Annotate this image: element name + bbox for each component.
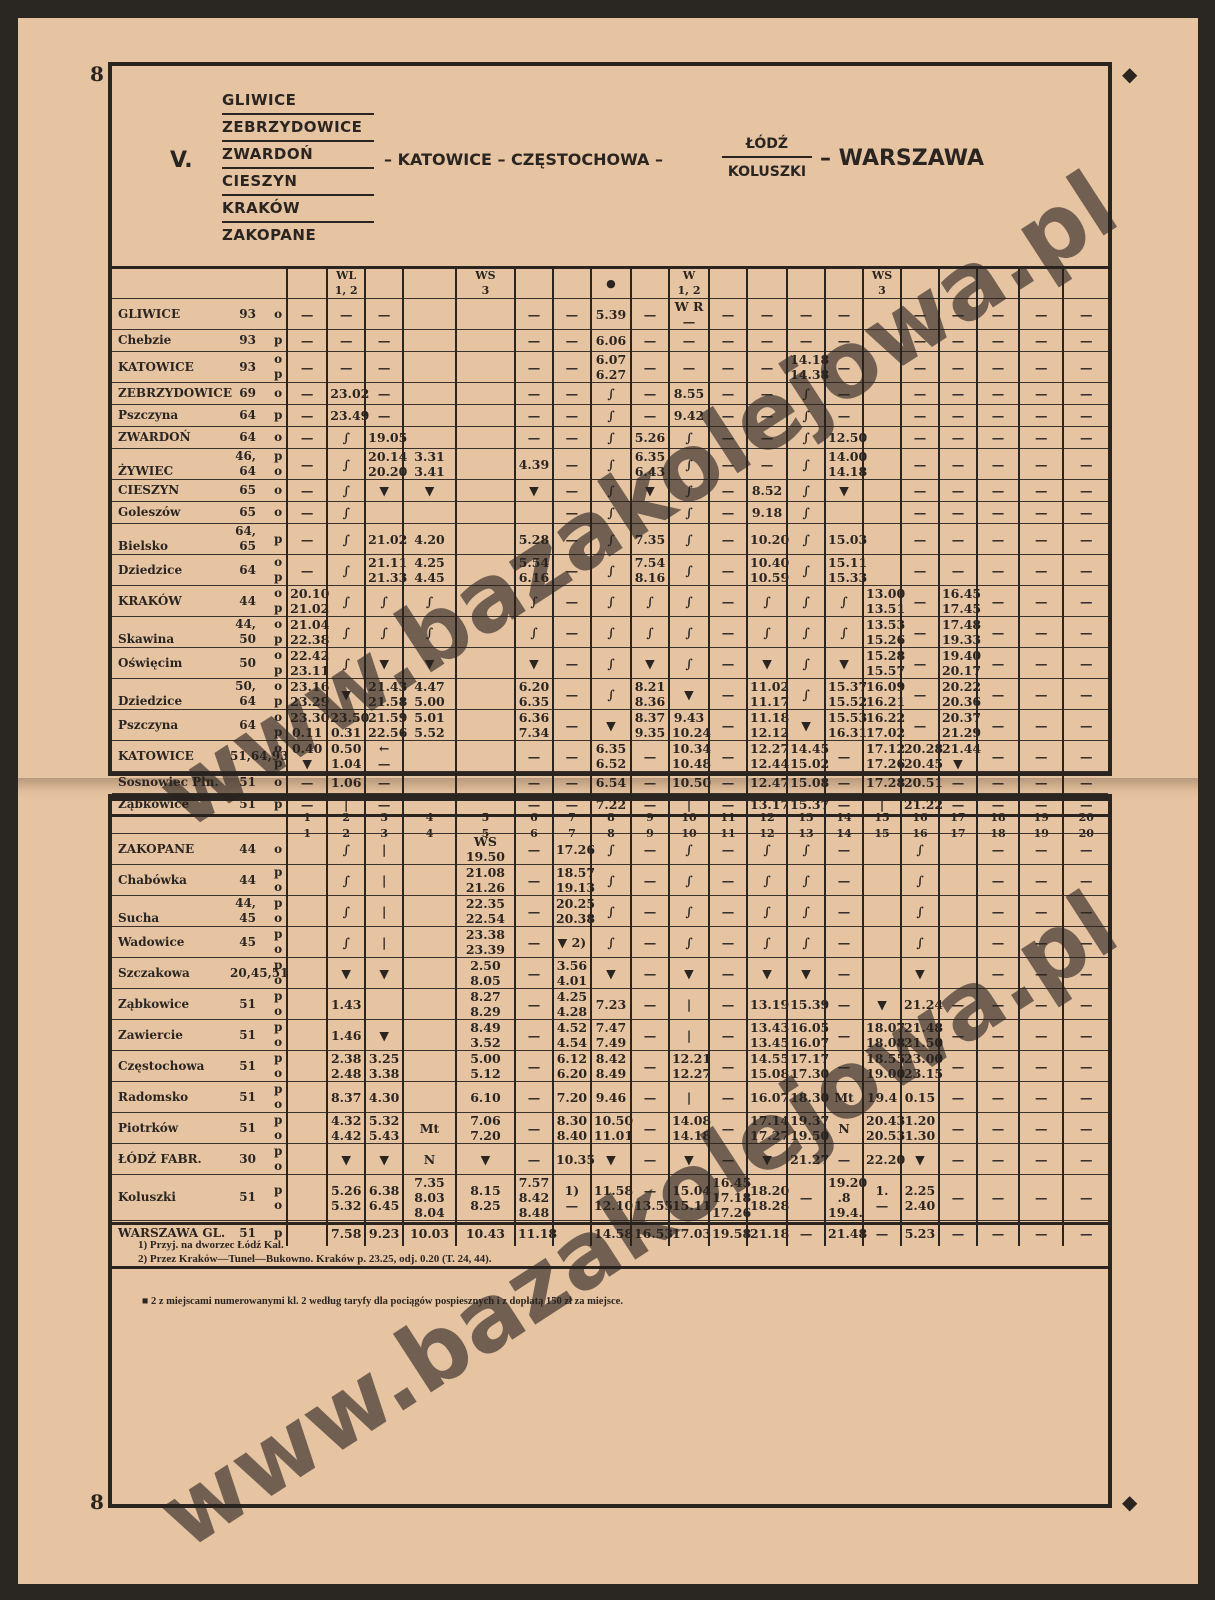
time-cell: 17.48 19.33 xyxy=(939,617,977,648)
time-cell: 12.50 xyxy=(825,427,863,449)
time-cell: | xyxy=(669,1020,709,1051)
time-cell: ∫ xyxy=(403,617,456,648)
time-cell: ∫ xyxy=(365,586,403,617)
column-number: 13 xyxy=(787,800,825,834)
time-cell: ▼ xyxy=(403,648,456,679)
time-cell: — xyxy=(901,502,939,524)
time-cell: 2.38 2.48 xyxy=(327,1051,365,1082)
table-reference: 51 xyxy=(230,1090,256,1105)
time-cell: — xyxy=(1019,834,1063,865)
time-cell: 21.48 21.50 xyxy=(901,1020,939,1051)
column-number: 3 xyxy=(365,800,403,834)
time-cell: — xyxy=(515,1082,553,1113)
time-cell: 18.55 19.00 xyxy=(863,1051,901,1082)
time-cell: 3.25 3.38 xyxy=(365,1051,403,1082)
station-name: Dziedzice xyxy=(118,694,230,709)
time-cell: 23.50 0.31 xyxy=(327,710,365,741)
time-cell: — xyxy=(901,648,939,679)
train-code xyxy=(787,268,825,299)
time-cell: — xyxy=(553,741,591,772)
time-cell: ∫ xyxy=(327,834,365,865)
time-cell: 21.27 xyxy=(787,1144,825,1175)
time-cell: — xyxy=(901,330,939,352)
timetable-header: V. GLIWICE ZEBRZYDOWICE ZWARDOŃ CIESZYN … xyxy=(114,64,1112,270)
station-row: Częstochowa51p o2.38 2.483.25 3.385.00 5… xyxy=(112,1051,1108,1082)
station-row: Pszczyna64p—23.49———∫—9.42——∫—————— xyxy=(112,405,1108,427)
time-cell: — xyxy=(709,927,747,958)
time-cell: ∫ xyxy=(631,617,669,648)
time-cell: — xyxy=(747,383,787,405)
time-cell: ∫ xyxy=(591,679,631,710)
station-row: Chebzie93p—————6.06——————————— xyxy=(112,330,1108,352)
table-reference: 93 xyxy=(230,360,256,375)
time-cell: ∫ xyxy=(787,896,825,927)
table-reference: 64 xyxy=(230,408,256,423)
time-cell: — xyxy=(1019,617,1063,648)
time-cell: 11.18 12.12 xyxy=(747,710,787,741)
time-cell: — xyxy=(901,352,939,383)
station-name: Pszczyna xyxy=(118,408,230,423)
time-cell: ∫ xyxy=(515,586,553,617)
time-cell: — xyxy=(977,427,1019,449)
train-code xyxy=(1063,268,1108,299)
time-cell: — xyxy=(977,772,1019,794)
station-row: KRAKÓW44o p20.10 21.02∫∫∫∫—∫∫∫—∫∫∫13.00 … xyxy=(112,586,1108,617)
time-cell: ▼ xyxy=(591,710,631,741)
time-cell: Mt xyxy=(825,1082,863,1113)
time-cell: — xyxy=(977,383,1019,405)
time-cell: — xyxy=(939,383,977,405)
table-reference: 51 xyxy=(230,1121,256,1136)
time-cell: — xyxy=(709,352,747,383)
table-reference: 30 xyxy=(230,1152,256,1167)
time-cell: — xyxy=(709,1113,747,1144)
arrival-departure-marker: p o xyxy=(270,1113,287,1144)
time-cell: — xyxy=(1019,449,1063,480)
station-cell: Pszczyna64 xyxy=(112,710,270,741)
time-cell xyxy=(403,772,456,794)
time-cell xyxy=(403,330,456,352)
time-cell: — xyxy=(1019,648,1063,679)
time-cell: ▼ xyxy=(591,958,631,989)
time-cell: — xyxy=(1063,679,1108,710)
time-cell: — xyxy=(1019,1020,1063,1051)
time-cell: — xyxy=(977,1144,1019,1175)
time-cell: 14.45 15.02 xyxy=(787,741,825,772)
table-reference: 45 xyxy=(230,935,256,950)
time-cell: — xyxy=(287,502,327,524)
station-cell: Koluszki51 xyxy=(112,1175,270,1221)
time-cell: — xyxy=(747,299,787,330)
time-cell: 9.43 10.24 xyxy=(669,710,709,741)
table-reference: 44, 50 xyxy=(230,617,256,647)
time-cell: — xyxy=(515,834,553,865)
time-cell: — xyxy=(631,741,669,772)
time-cell: ▼ xyxy=(747,958,787,989)
time-cell: 4.47 5.00 xyxy=(403,679,456,710)
time-cell: ▼ xyxy=(863,989,901,1020)
time-cell: — xyxy=(1063,865,1108,896)
time-cell: 4.32 4.42 xyxy=(327,1113,365,1144)
station-row: Skawina44, 50o p21.04 22.38∫∫∫∫—∫∫∫—∫∫∫1… xyxy=(112,617,1108,648)
origin-station: ZWARDOŃ xyxy=(222,142,374,169)
station-row: Dziedzice64o p—∫21.11 21.334.25 4.455.54… xyxy=(112,555,1108,586)
time-cell: ▼ xyxy=(747,1144,787,1175)
time-cell: — xyxy=(1063,989,1108,1020)
station-row: Wadowice45p o∫|23.38 23.39—▼ 2)∫—∫—∫∫—∫—… xyxy=(112,927,1108,958)
table-reference: 44, 45 xyxy=(230,896,256,926)
time-cell: ∫ xyxy=(327,865,365,896)
time-cell: — xyxy=(1063,449,1108,480)
station-name: Szczakowa xyxy=(118,966,230,981)
time-cell: — xyxy=(553,480,591,502)
time-cell: — xyxy=(977,524,1019,555)
time-cell: 6.12 6.20 xyxy=(553,1051,591,1082)
time-cell: 18.57 19.13 xyxy=(553,865,591,896)
station-row: KATOWICE51,64,93o p0.40 ▼0.50 1.04← ———6… xyxy=(112,741,1108,772)
time-cell: 5.00 5.12 xyxy=(456,1051,515,1082)
page-mark-bottom-right: ◆ xyxy=(1122,1490,1137,1514)
time-cell xyxy=(863,449,901,480)
time-cell: — xyxy=(631,1113,669,1144)
time-cell: — xyxy=(515,865,553,896)
time-cell: 12.47 xyxy=(747,772,787,794)
time-cell xyxy=(287,1082,327,1113)
time-cell xyxy=(403,502,456,524)
time-cell: — xyxy=(515,352,553,383)
time-cell: — xyxy=(901,427,939,449)
time-cell: — xyxy=(787,299,825,330)
time-cell: — xyxy=(1019,679,1063,710)
time-cell: — xyxy=(327,330,365,352)
time-cell xyxy=(403,834,456,865)
time-cell: — xyxy=(365,299,403,330)
time-cell xyxy=(456,383,515,405)
arrival-departure-marker: o xyxy=(270,480,287,502)
time-cell: — xyxy=(631,299,669,330)
time-cell: ∫ xyxy=(787,502,825,524)
time-cell: 20.14 20.20 xyxy=(365,449,403,480)
time-cell: — xyxy=(553,648,591,679)
time-cell: — xyxy=(631,352,669,383)
time-cell: — xyxy=(1063,330,1108,352)
time-cell xyxy=(403,299,456,330)
time-cell xyxy=(939,927,977,958)
time-cell: ▼ xyxy=(327,958,365,989)
time-cell: — xyxy=(709,1020,747,1051)
time-cell: — xyxy=(901,710,939,741)
train-code xyxy=(747,268,787,299)
station-name: Ząbkowice xyxy=(118,997,230,1012)
time-cell xyxy=(456,352,515,383)
time-cell: ∫ xyxy=(591,896,631,927)
time-cell: — xyxy=(1019,352,1063,383)
time-cell: ∫ xyxy=(591,405,631,427)
station-row: ŁÓDŹ FABR.30p o▼▼N▼—10.35▼—▼—▼21.27—22.2… xyxy=(112,1144,1108,1175)
time-cell xyxy=(456,502,515,524)
time-cell: — xyxy=(939,1144,977,1175)
time-cell: — xyxy=(709,299,747,330)
arrival-departure-marker: p o xyxy=(270,449,287,480)
time-cell: — xyxy=(1019,710,1063,741)
column-number: 14 xyxy=(825,800,863,834)
time-cell: 6.06 xyxy=(591,330,631,352)
table-reference: 65 xyxy=(230,483,256,498)
blank-cell xyxy=(112,268,270,299)
time-cell: — xyxy=(939,299,977,330)
time-cell: — xyxy=(1063,834,1108,865)
time-cell: 21.08 21.26 xyxy=(456,865,515,896)
arrival-departure-marker: p xyxy=(270,330,287,352)
time-cell: — xyxy=(709,648,747,679)
time-cell: 15.39 xyxy=(787,989,825,1020)
time-cell: 8.37 xyxy=(327,1082,365,1113)
station-cell: Skawina44, 50 xyxy=(112,617,270,648)
time-cell: ∫ xyxy=(591,427,631,449)
time-cell xyxy=(863,555,901,586)
time-cell: — xyxy=(553,524,591,555)
arrival-departure-marker: o p xyxy=(270,617,287,648)
station-cell: Dziedzice50, 64 xyxy=(112,679,270,710)
station-name: Dziedzice xyxy=(118,563,230,578)
time-cell xyxy=(287,865,327,896)
arrival-departure-marker: p o xyxy=(270,865,287,896)
time-cell: — xyxy=(1063,1020,1108,1051)
time-cell xyxy=(456,449,515,480)
time-cell xyxy=(863,352,901,383)
station-name: Zawiercie xyxy=(118,1028,230,1043)
time-cell: 12.27 12.44 xyxy=(747,741,787,772)
column-number: 1 xyxy=(287,800,327,834)
time-cell xyxy=(403,741,456,772)
time-cell: — xyxy=(939,480,977,502)
station-row: CIESZYN65o—∫▼▼▼—∫▼∫—8.52∫▼————— xyxy=(112,480,1108,502)
time-cell: 8.37 9.35 xyxy=(631,710,669,741)
time-cell: — xyxy=(747,352,787,383)
time-cell xyxy=(403,427,456,449)
station-row: ZWARDOŃ64o—∫19.05——∫5.26∫——∫12.50————— xyxy=(112,427,1108,449)
column-number: 11 xyxy=(709,800,747,834)
time-cell: — xyxy=(901,555,939,586)
station-name: Wadowice xyxy=(118,935,230,950)
time-cell: 8.55 xyxy=(669,383,709,405)
station-cell: Chabówka44 xyxy=(112,865,270,896)
time-cell: ∫ xyxy=(327,480,365,502)
time-cell: — xyxy=(553,427,591,449)
time-cell: — xyxy=(1019,741,1063,772)
footnote-2: 2) Przez Kraków—Tunel—Bukowno. Kraków p.… xyxy=(138,1252,492,1266)
time-cell: 21.43 21.58 xyxy=(365,679,403,710)
station-name: Sosnowiec Płn. xyxy=(118,775,230,790)
time-cell: — xyxy=(709,1082,747,1113)
time-cell: ∫ xyxy=(327,427,365,449)
time-cell xyxy=(365,989,403,1020)
time-cell: ∫ xyxy=(327,449,365,480)
time-cell: ∫ xyxy=(901,927,939,958)
time-cell: ∫ xyxy=(327,586,365,617)
time-cell: 20.22 20.36 xyxy=(939,679,977,710)
station-cell: ŁÓDŹ FABR.30 xyxy=(112,1144,270,1175)
station-row: Ząbkowice51p o1.438.27 8.29—4.25 4.287.2… xyxy=(112,989,1108,1020)
time-cell: 15.08 xyxy=(787,772,825,794)
time-cell: ▼ xyxy=(631,480,669,502)
time-cell: — xyxy=(977,648,1019,679)
time-cell: — xyxy=(1063,427,1108,449)
time-cell: 8.49 3.52 xyxy=(456,1020,515,1051)
time-cell: — xyxy=(515,1144,553,1175)
time-cell: — xyxy=(825,927,863,958)
time-cell: — xyxy=(709,555,747,586)
time-cell: ∫ xyxy=(327,524,365,555)
time-cell xyxy=(456,299,515,330)
time-cell: 6.54 xyxy=(591,772,631,794)
time-cell: — xyxy=(327,299,365,330)
table-reference: 46, 64 xyxy=(230,449,256,479)
time-cell: 8.42 8.49 xyxy=(591,1051,631,1082)
time-cell: — xyxy=(901,383,939,405)
time-cell: — xyxy=(515,1020,553,1051)
time-cell: — xyxy=(553,617,591,648)
time-cell: — xyxy=(709,449,747,480)
time-cell: ∫ xyxy=(901,896,939,927)
train-code xyxy=(631,268,669,299)
time-cell: — xyxy=(709,772,747,794)
time-cell: 14.00 14.18 xyxy=(825,449,863,480)
time-cell xyxy=(287,989,327,1020)
time-cell: 8.30 8.40 xyxy=(553,1113,591,1144)
time-cell: ∫ xyxy=(787,427,825,449)
time-cell: ▼ xyxy=(456,1144,515,1175)
station-name: Częstochowa xyxy=(118,1059,230,1074)
time-cell xyxy=(863,896,901,927)
time-cell: — xyxy=(977,449,1019,480)
arrival-departure-marker: o xyxy=(270,427,287,449)
station-row: Bielsko64, 65p—∫21.024.205.28—∫7.35∫—10.… xyxy=(112,524,1108,555)
arrival-departure-marker: o xyxy=(270,502,287,524)
column-number: 20 xyxy=(1063,800,1108,834)
time-cell: | xyxy=(669,989,709,1020)
section-number: V. xyxy=(170,148,193,173)
time-cell: — xyxy=(1019,586,1063,617)
via-lodz: ŁÓDŹ xyxy=(722,136,812,158)
time-cell: 7.35 xyxy=(631,524,669,555)
time-cell: — xyxy=(709,1144,747,1175)
time-cell xyxy=(515,502,553,524)
table-reference: 51 xyxy=(230,1028,256,1043)
time-cell: — xyxy=(631,896,669,927)
time-cell: — xyxy=(1019,1082,1063,1113)
time-cell: ▼ xyxy=(631,648,669,679)
time-cell: — xyxy=(515,405,553,427)
time-cell: 15.37 15.52 xyxy=(825,679,863,710)
arrival-departure-marker: o xyxy=(270,383,287,405)
time-cell: 23.49 xyxy=(327,405,365,427)
station-cell: ZEBRZYDOWICE69 xyxy=(112,383,270,405)
time-cell: 20.28 20.45 xyxy=(901,741,939,772)
time-cell: | xyxy=(669,1082,709,1113)
time-cell: 21.24 xyxy=(901,989,939,1020)
train-code xyxy=(901,268,939,299)
station-row: Piotrków51p o4.32 4.425.32 5.43Mt7.06 7.… xyxy=(112,1113,1108,1144)
time-cell: | xyxy=(365,927,403,958)
station-row: Pszczyna64o p23.30 0.1123.50 0.3121.59 2… xyxy=(112,710,1108,741)
column-number: 18 xyxy=(977,800,1019,834)
time-cell: ∫ xyxy=(669,555,709,586)
time-cell: — xyxy=(939,427,977,449)
arrival-departure-marker: p xyxy=(270,524,287,555)
time-cell: — xyxy=(631,772,669,794)
time-cell: — xyxy=(287,330,327,352)
blank-cell xyxy=(270,800,287,834)
time-cell: — xyxy=(977,896,1019,927)
time-cell xyxy=(863,865,901,896)
time-cell: — xyxy=(709,865,747,896)
arrival-departure-marker: p o xyxy=(270,1144,287,1175)
time-cell xyxy=(287,1175,327,1221)
time-cell: 13.43 13.45 xyxy=(747,1020,787,1051)
time-cell: — xyxy=(287,449,327,480)
time-cell: 20.43 20.53 xyxy=(863,1113,901,1144)
station-row: Szczakowa20,45,51p o▼▼2.50 8.05—3.56 4.0… xyxy=(112,958,1108,989)
time-cell: ∫ xyxy=(901,865,939,896)
time-cell: 19.37 19.50 xyxy=(787,1113,825,1144)
time-cell xyxy=(863,330,901,352)
time-cell: — xyxy=(747,330,787,352)
time-cell: — xyxy=(747,405,787,427)
time-cell: — xyxy=(631,989,669,1020)
station-cell: Radomsko51 xyxy=(112,1082,270,1113)
time-cell: 16.07 xyxy=(747,1082,787,1113)
time-cell xyxy=(456,427,515,449)
time-cell: 1) — xyxy=(553,1175,591,1221)
train-code xyxy=(287,268,327,299)
train-code: ● xyxy=(591,268,631,299)
station-name: Radomsko xyxy=(118,1090,230,1105)
time-cell: — xyxy=(1063,710,1108,741)
time-cell: 15.11 15.33 xyxy=(825,555,863,586)
time-cell: ▼ xyxy=(365,648,403,679)
time-cell: — xyxy=(1063,1175,1108,1221)
time-cell: ∫ xyxy=(747,586,787,617)
station-row: ZEBRZYDOWICE69o—23.02———∫—8.55——∫—————— xyxy=(112,383,1108,405)
time-cell: ∫ xyxy=(403,586,456,617)
time-cell xyxy=(939,958,977,989)
time-cell: 15.53 16.31 xyxy=(825,710,863,741)
time-cell: — xyxy=(939,1113,977,1144)
station-name: Koluszki xyxy=(118,1190,230,1205)
table-reference: 51 xyxy=(230,775,256,790)
time-cell: ∫ xyxy=(747,927,787,958)
time-cell: 0.50 1.04 xyxy=(327,741,365,772)
time-cell: — xyxy=(631,927,669,958)
time-cell: 7.57 8.42 8.48 xyxy=(515,1175,553,1221)
time-cell: — xyxy=(365,330,403,352)
time-cell: 2.25 2.40 xyxy=(901,1175,939,1221)
time-cell: — xyxy=(709,617,747,648)
time-cell: — xyxy=(553,710,591,741)
time-cell: — xyxy=(709,383,747,405)
origin-stations: GLIWICE ZEBRZYDOWICE ZWARDOŃ CIESZYN KRA… xyxy=(222,88,374,248)
station-row: Radomsko51p o8.374.306.10—7.209.46—|—16.… xyxy=(112,1082,1108,1113)
time-cell: — xyxy=(709,480,747,502)
time-cell: — xyxy=(1019,427,1063,449)
station-row: Sosnowiec Płn.51o—1.06———6.54—10.50—12.4… xyxy=(112,772,1108,794)
time-cell: ∫ xyxy=(825,617,863,648)
time-cell: 13.00 13.51 xyxy=(863,586,901,617)
column-number: 10 xyxy=(669,800,709,834)
station-cell: Goleszów65 xyxy=(112,502,270,524)
column-number: 16 xyxy=(901,800,939,834)
